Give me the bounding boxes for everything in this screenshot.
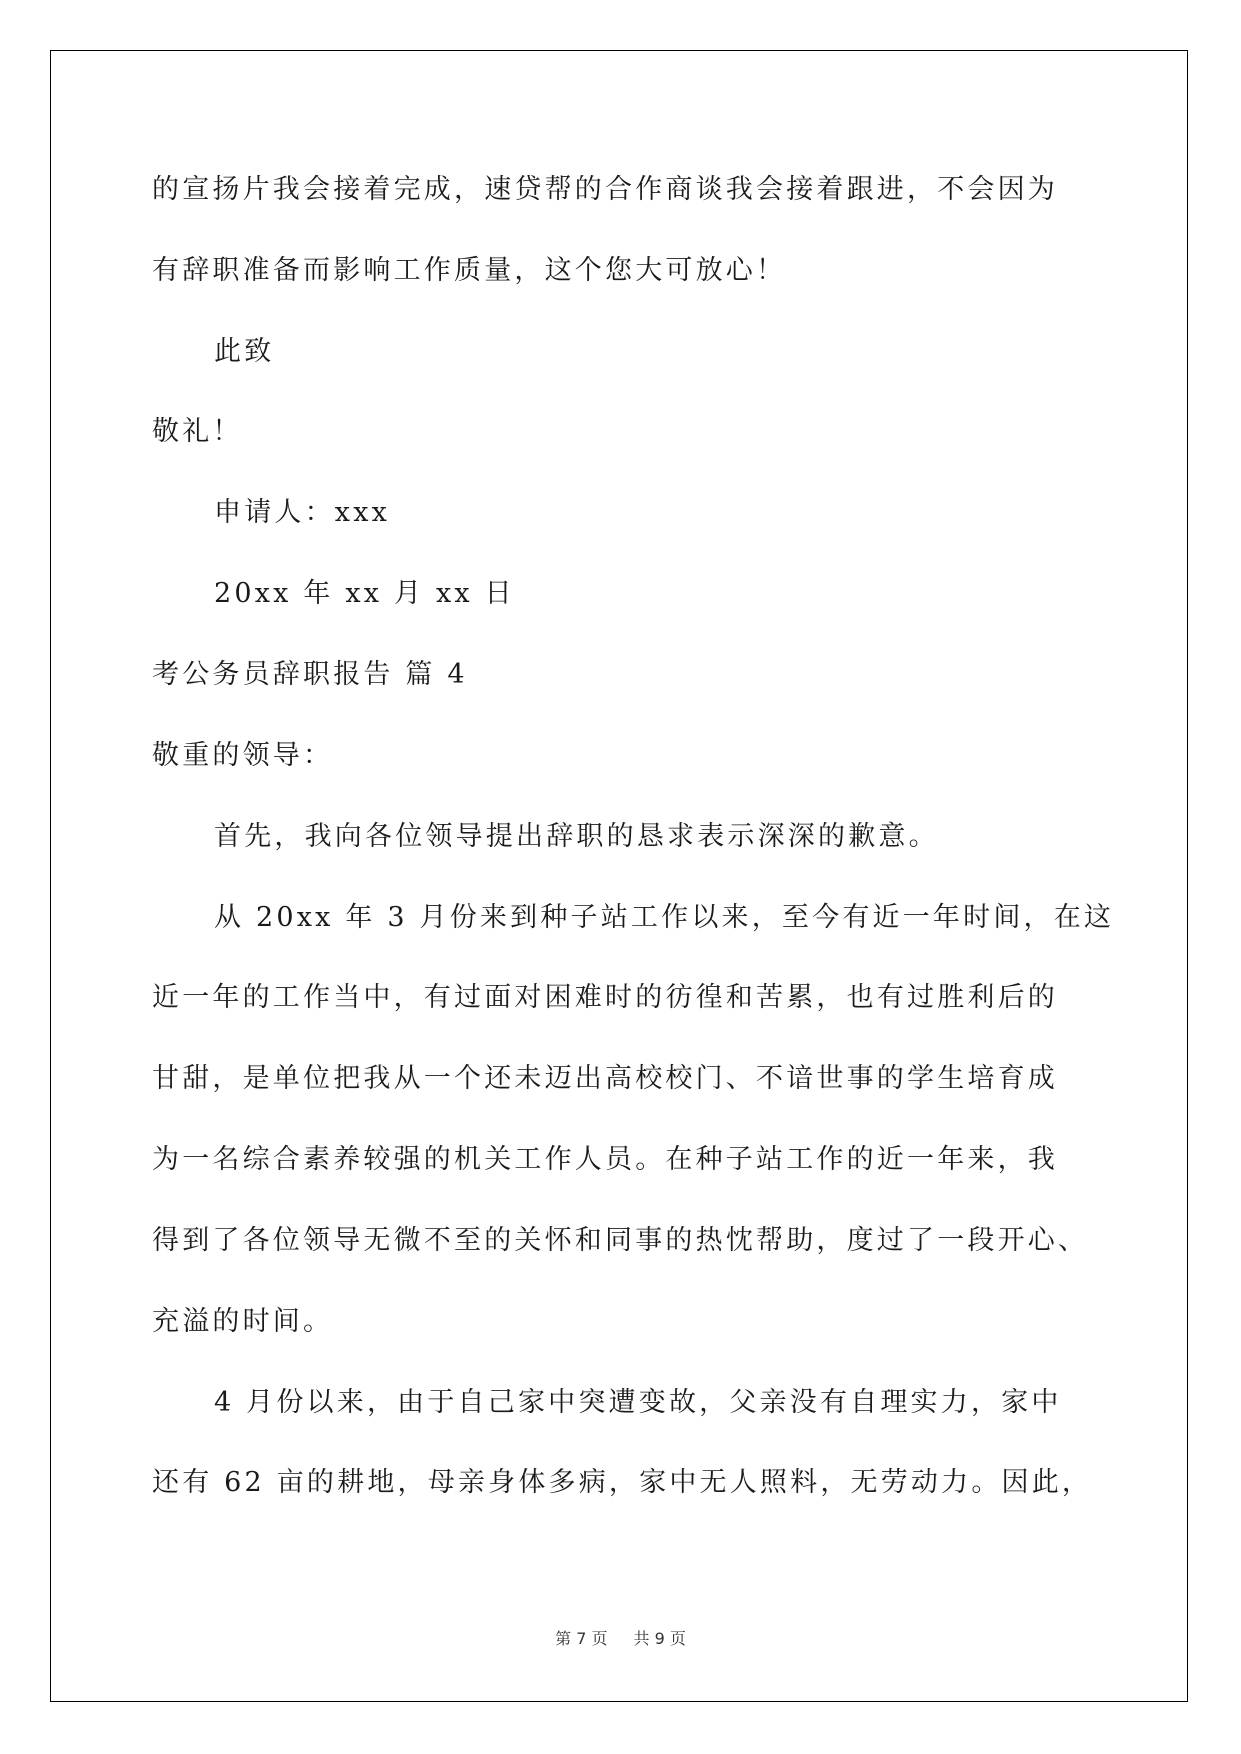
paragraph-line: 近一年的工作当中，有过面对困难时的彷徨和苦累，也有过胜利后的 [152,981,1058,1015]
page-border [50,50,1188,1702]
paragraph-line: 充溢的时间。 [152,1305,333,1339]
paragraph-line: 甘甜，是单位把我从一个还未迈出高校校门、不谙世事的学生培育成 [152,1062,1058,1096]
page-total: 共 9 页 [634,1629,686,1648]
text-line: 有辞职准备而影响工作质量，这个您大可放心！ [152,254,786,288]
applicant-signature: 申请人：xxx [214,496,390,530]
signature-date: 20xx 年 xx 月 xx 日 [214,577,515,611]
text-line: 的宣扬片我会接着完成，速贷帮的合作商谈我会接着跟进，不会因为 [152,173,1058,207]
closing-respect: 敬礼！ [152,415,243,449]
paragraph-line: 首先，我向各位领导提出辞职的恳求表示深深的歉意。 [214,820,939,854]
paragraph-line: 还有 62 亩的耕地，母亲身体多病，家中无人照料，无劳动力。因此， [152,1466,1092,1500]
closing-salutation: 此致 [214,335,274,369]
paragraph-line: 4 月份以来，由于自己家中突遭变故，父亲没有自理实力，家中 [214,1386,1062,1420]
page-number: 第 7 页 [555,1629,607,1648]
greeting: 敬重的领导： [152,739,333,773]
paragraph-line: 从 20xx 年 3 月份来到种子站工作以来，至今有近一年时间，在这 [214,901,1114,935]
section-title: 考公务员辞职报告 篇 4 [152,658,468,692]
paragraph-line: 为一名综合素养较强的机关工作人员。在种子站工作的近一年来，我 [152,1143,1058,1177]
paragraph-line: 得到了各位领导无微不至的关怀和同事的热忱帮助，度过了一段开心、 [152,1224,1088,1258]
page-footer: 第 7 页共 9 页 [0,1626,1241,1649]
